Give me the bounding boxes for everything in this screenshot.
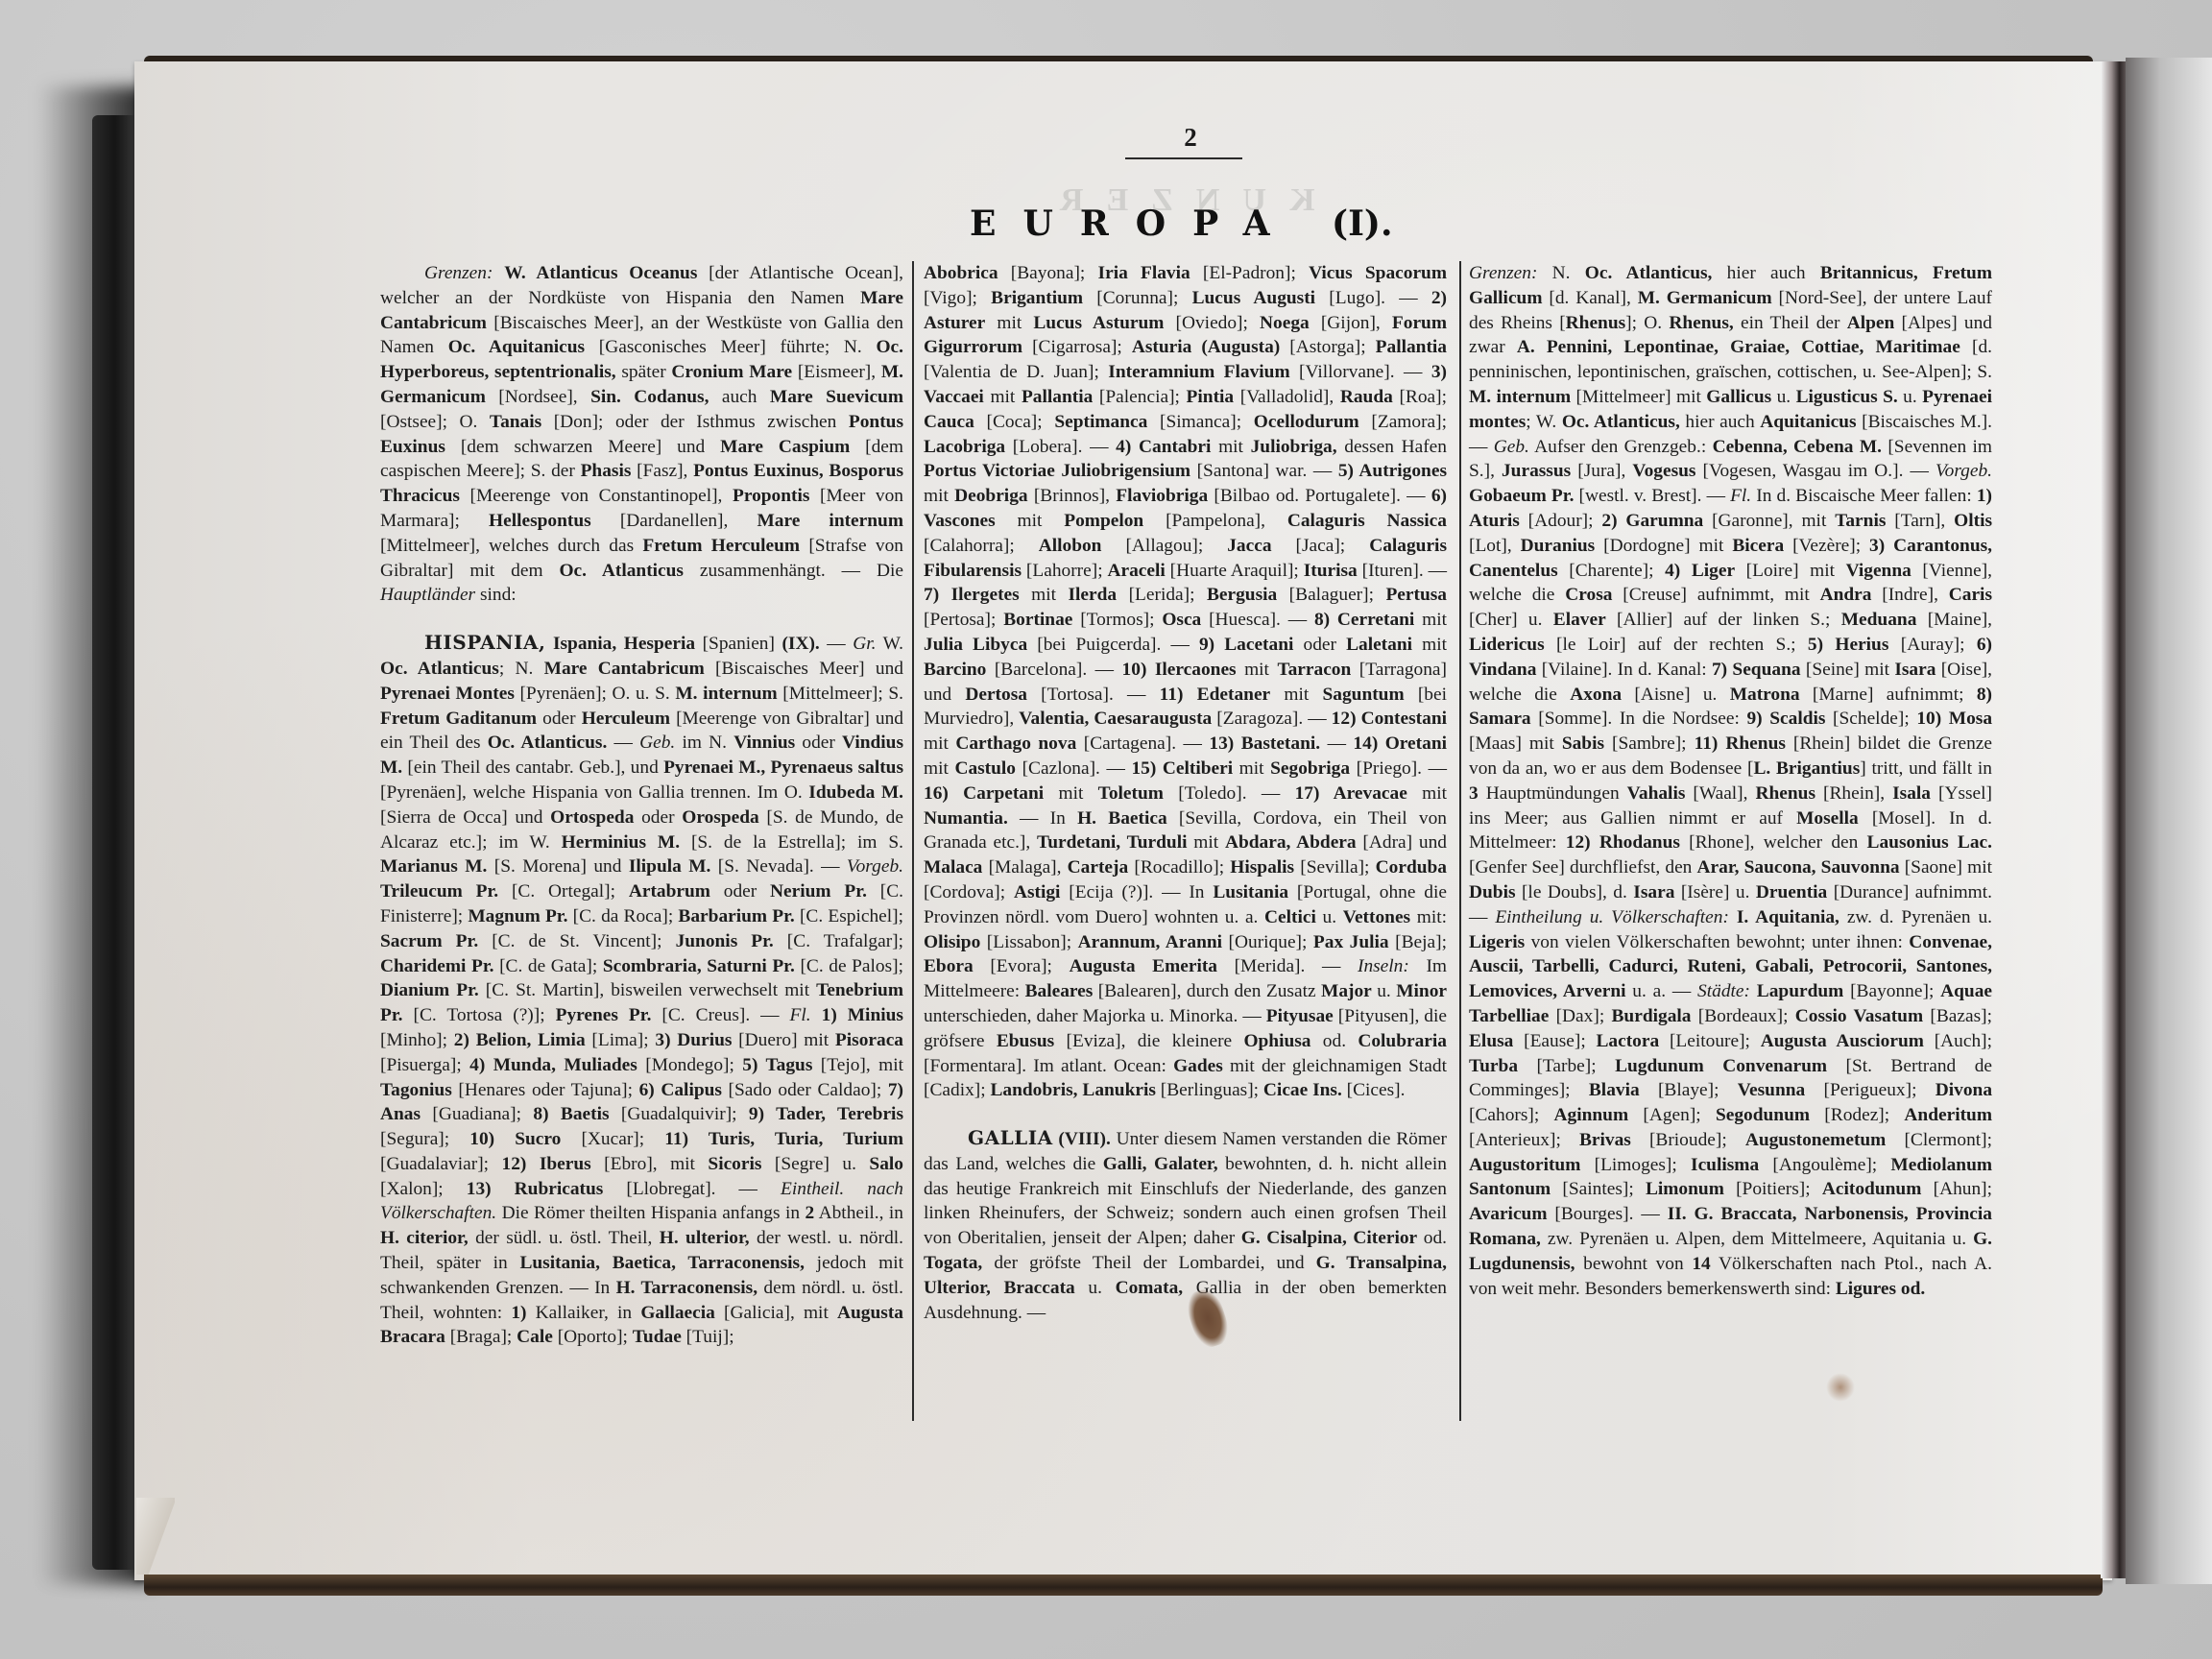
- text-run: Geb.: [639, 733, 675, 753]
- text-run: Burdigala: [1612, 1006, 1692, 1026]
- text-run: [Lot],: [1469, 536, 1521, 556]
- text-run: 11) Edetaner: [1160, 685, 1270, 705]
- text-run: Propontis: [733, 486, 809, 506]
- text-run: Aquitanicus: [1760, 412, 1856, 432]
- text-run: [Eismeer],: [792, 362, 881, 382]
- text-run: Vogesus: [1632, 461, 1695, 481]
- text-run: später: [616, 362, 672, 382]
- text-run: [Minho];: [380, 1030, 454, 1050]
- text-run: M. internum: [1469, 387, 1571, 407]
- text-run: [ein Theil des cantabr. Geb.], und: [402, 757, 663, 778]
- text-run: [Zamora];: [1359, 412, 1447, 432]
- text-run: Astigi: [1014, 882, 1060, 902]
- text-run: Scombraria, Saturni Pr.: [603, 956, 795, 976]
- text-run: M. internum: [675, 684, 777, 704]
- text-run: [Vogesen, Wasgau im O.]. —: [1695, 461, 1935, 481]
- text-run: Hauptmündungen: [1479, 783, 1627, 804]
- text-run: [Bazas];: [1923, 1006, 1992, 1026]
- text-run: Charidemi Pr.: [380, 956, 494, 976]
- text-run: Pisoraca: [835, 1030, 903, 1050]
- text-run: Abdara, Abdera: [1225, 832, 1357, 853]
- text-run: Axona: [1570, 685, 1622, 705]
- text-run: Grenzen:: [424, 263, 504, 283]
- text-run: mit: [1044, 783, 1097, 804]
- text-run: [Anterieux];: [1469, 1130, 1579, 1150]
- text-run: [Vezère];: [1784, 536, 1869, 556]
- text-run: Allobon: [1039, 536, 1102, 556]
- text-run: [Fasz],: [631, 461, 693, 481]
- text-run: [Aisne] u.: [1622, 685, 1730, 705]
- text-run: Vettones: [1343, 907, 1410, 927]
- text-run: [Evora];: [974, 956, 1070, 976]
- text-run: [Pertosa];: [924, 610, 1003, 630]
- text-run: Segobriga: [1270, 758, 1350, 779]
- text-run: Vigenna: [1846, 561, 1911, 581]
- text-run: zusammenhängt. — Die: [684, 561, 903, 581]
- text-run: H. citerior,: [380, 1228, 469, 1248]
- text-run: 16) Carpetani: [924, 783, 1044, 804]
- text-run: 13) Bastetani.: [1209, 733, 1320, 754]
- text-run: [Segre] u.: [761, 1154, 869, 1174]
- text-run: [Beja];: [1389, 932, 1447, 952]
- text-run: auch: [709, 387, 769, 407]
- text-run: Turdetani, Turduli: [1037, 832, 1187, 853]
- text-run: [Perigueux];: [1805, 1080, 1935, 1100]
- text-run: [Jura],: [1571, 461, 1632, 481]
- text-run: [Galicia], mit: [715, 1303, 837, 1323]
- text-run: —: [820, 634, 853, 654]
- text-run: Osca: [1162, 610, 1201, 630]
- text-run: [Cher] u.: [1469, 610, 1553, 630]
- text-run: Hauptländer: [380, 585, 475, 605]
- text-run: [Biscaisches Meer] und: [705, 659, 903, 679]
- text-run: [Toledo]. —: [1164, 783, 1295, 804]
- text-run: mit: [1414, 610, 1447, 630]
- text-run: Pyrenes Pr.: [556, 1005, 652, 1025]
- text-run: [Ebro], mit: [591, 1154, 709, 1174]
- text-run: Lusitania: [1213, 882, 1288, 902]
- text-run: [Lahorre];: [1022, 561, 1107, 581]
- text-run: Vorgeb.: [1935, 461, 1992, 481]
- text-run: Cronium Mare: [671, 362, 792, 382]
- text-run: Oltis: [1954, 511, 1992, 531]
- text-run: [Don]; oder der Isthmus zwischen: [541, 412, 849, 432]
- text-run: Isara: [1633, 882, 1674, 902]
- text-run: Pallantia: [1022, 387, 1093, 407]
- text-run: [Somme]. In die Nordsee:: [1531, 709, 1747, 729]
- section-heading: HISPANIA,: [424, 631, 545, 654]
- text-run: W. Atlanticus Oceanus: [504, 263, 697, 283]
- text-run: Sacrum Pr.: [380, 931, 478, 951]
- text-run: Andra: [1820, 585, 1872, 605]
- text-run: [Saone] mit: [1900, 857, 1992, 878]
- text-paragraph: Abobrica [Bayona]; Iria Flavia [El-Padro…: [924, 261, 1447, 1103]
- text-run: 14) Oretani: [1353, 733, 1447, 754]
- text-run: [Cigarrosa];: [1022, 337, 1132, 357]
- text-run: [Rocadillo];: [1128, 857, 1230, 878]
- text-run: Oc. Atlanticus.: [488, 733, 608, 753]
- text-run: Phasis: [581, 461, 632, 481]
- text-run: Gades: [1173, 1056, 1223, 1076]
- text-run: [Formentara]. Im atlant. Ocean:: [924, 1056, 1173, 1076]
- text-run: Jurassus: [1502, 461, 1571, 481]
- text-run: 4) Liger: [1665, 561, 1735, 581]
- text-run: In d. Biscaische Meer fallen:: [1751, 486, 1977, 506]
- text-run: oder: [710, 881, 770, 902]
- text-run: Aufser den Grenzgeb.:: [1529, 437, 1713, 457]
- text-run: od.: [1311, 1031, 1358, 1051]
- text-run: [Lobera]. —: [1005, 437, 1116, 457]
- text-run: Ebusus: [997, 1031, 1054, 1051]
- text-run: [Loire] mit: [1735, 561, 1846, 581]
- text-run: Deobriga: [954, 486, 1027, 506]
- text-run: Cossio Vasatum: [1795, 1006, 1923, 1026]
- text-run: [Auray];: [1888, 635, 1976, 655]
- text-run: Tagonius: [380, 1080, 452, 1100]
- text-run: Nerium Pr.: [770, 881, 867, 902]
- text-run: Gobaeum Pr.: [1469, 486, 1574, 506]
- text-run: Druentia: [1756, 882, 1827, 902]
- text-run: [Valentia de D. Juan];: [924, 362, 1108, 382]
- text-run: Malaca: [924, 857, 982, 878]
- text-run: Ligeris: [1469, 932, 1525, 952]
- text-run: Fl.: [1730, 486, 1751, 506]
- text-run: Pityusae: [1266, 1006, 1334, 1026]
- text-run: [C. de St. Vincent];: [478, 931, 675, 951]
- text-run: Vahalis: [1627, 783, 1686, 804]
- text-run: 13) Rubricatus: [467, 1179, 604, 1199]
- text-run: [Blaye];: [1640, 1080, 1738, 1100]
- text-run: Ilipula M.: [629, 856, 711, 877]
- text-run: [Corunna];: [1083, 288, 1192, 308]
- text-run: der gröfste Theil der Lombardei, und: [982, 1253, 1315, 1273]
- text-run: Vesunna: [1738, 1080, 1805, 1100]
- text-run: Alpen: [1847, 313, 1895, 333]
- text-run: [Gijon],: [1310, 313, 1392, 333]
- text-run: 9) Tader, Terebris: [749, 1104, 903, 1124]
- book-cover-edge: [92, 115, 138, 1570]
- text-run: Barcino: [924, 660, 986, 680]
- text-run: [Saintes];: [1551, 1179, 1646, 1199]
- text-run: [Eviza], die kleinere: [1054, 1031, 1243, 1051]
- text-run: Celtici: [1264, 907, 1316, 927]
- text-paragraph: Grenzen: N. Oc. Atlanticus, hier auch Br…: [1469, 261, 1992, 1301]
- text-run: [Brinnos],: [1028, 486, 1117, 506]
- text-run: Toletum: [1098, 783, 1164, 804]
- text-run: Bortinae: [1003, 610, 1072, 630]
- text-run: mit: [1270, 685, 1322, 705]
- text-run: L. Brigantius: [1753, 758, 1860, 779]
- text-run: Isala: [1892, 783, 1931, 804]
- text-run: Salo: [869, 1154, 903, 1174]
- text-run: [Adra] und: [1357, 832, 1447, 853]
- text-run: Cebenna, Cebena M.: [1713, 437, 1882, 457]
- foxing-spot: [1826, 1373, 1855, 1402]
- text-run: [Tarbe];: [1518, 1056, 1615, 1076]
- text-run: Olisipo: [924, 932, 980, 952]
- text-run: Saguntum: [1322, 685, 1404, 705]
- text-run: 2) Garumna: [1601, 511, 1703, 531]
- page-title-suffix: (I).: [1332, 204, 1392, 244]
- text-run: Carteja: [1068, 857, 1129, 878]
- text-paragraph: HISPANIA, Ispania, Hesperia [Spanien] (I…: [380, 631, 903, 1350]
- text-run: Laletani: [1346, 635, 1412, 655]
- text-run: M. Germanicum: [1638, 288, 1772, 308]
- text-run: [Leitoure];: [1659, 1031, 1761, 1051]
- text-run: [1750, 981, 1757, 1001]
- text-run: [Guadiana];: [421, 1104, 533, 1124]
- text-run: Lidericus: [1469, 635, 1545, 655]
- text-run: Lugdunum Convenarum: [1615, 1056, 1827, 1076]
- text-run: [le Loir] auf der rechten S.;: [1545, 635, 1808, 655]
- text-run: Arannum, Aranni: [1078, 932, 1222, 952]
- text-run: 8) Baetis: [533, 1104, 609, 1124]
- text-run: [Isère] u.: [1674, 882, 1756, 902]
- text-run: 3) Durius: [655, 1030, 732, 1050]
- text-run: Iria Flavia: [1098, 263, 1190, 283]
- text-run: Lapurdum: [1757, 981, 1844, 1001]
- text-run: Lausonius Lac.: [1867, 832, 1992, 853]
- text-run: Mosella: [1796, 808, 1859, 829]
- text-run: [Dordogne] mit: [1595, 536, 1732, 556]
- text-run: Oc. Atlanticus: [380, 659, 499, 679]
- text-run: u. a. —: [1626, 981, 1698, 1001]
- text-run: Togata,: [924, 1253, 982, 1273]
- text-run: mit: [1233, 758, 1270, 779]
- text-run: Fretum Gaditanum: [380, 709, 537, 729]
- text-run: [Pyrenäen]; O. u. S.: [515, 684, 676, 704]
- text-column-2: Abobrica [Bayona]; Iria Flavia [El-Padro…: [924, 261, 1447, 1325]
- text-run: Augusta Emerita: [1070, 956, 1217, 976]
- text-run: Ispania, Hesperia: [553, 634, 695, 654]
- text-run: [Simanca];: [1147, 412, 1253, 432]
- text-run: [Vigo];: [924, 288, 991, 308]
- text-run: Castulo: [954, 758, 1016, 779]
- text-run: Cicae Ins.: [1263, 1080, 1342, 1100]
- text-run: Julia Libyca: [924, 635, 1027, 655]
- text-run: Gallaecia: [640, 1303, 715, 1323]
- text-run: Mare Cantabricum: [544, 659, 705, 679]
- text-run: [Tarn],: [1886, 511, 1954, 531]
- text-run: [C. de Gata];: [494, 956, 603, 976]
- text-run: Noega: [1260, 313, 1310, 333]
- text-run: [Cazlona]. —: [1016, 758, 1131, 779]
- text-run: [Xucar];: [561, 1129, 664, 1149]
- text-run: [Roa];: [1393, 387, 1447, 407]
- text-run: Abtheil., in: [814, 1203, 903, 1223]
- text-run: [Malaga],: [982, 857, 1067, 878]
- text-run: Grenzen:: [1469, 263, 1537, 283]
- text-run: [Indre],: [1871, 585, 1948, 605]
- text-run: Pintia: [1187, 387, 1235, 407]
- text-run: [C. de Palos];: [795, 956, 903, 976]
- text-run: 12) Rhodanus: [1566, 832, 1680, 853]
- text-run: [Seine] mit: [1801, 660, 1895, 680]
- text-run: mit: [924, 758, 954, 779]
- text-run: Tarnis: [1835, 511, 1886, 531]
- text-run: Trileucum Pr.: [380, 881, 498, 902]
- section-gap: [380, 608, 903, 631]
- text-run: Carthago nova: [955, 733, 1076, 754]
- text-run: [Oporto];: [553, 1327, 633, 1347]
- page-title-text: EUROPA: [970, 204, 1297, 244]
- text-run: (IX).: [781, 634, 819, 654]
- text-run: mit: [1211, 437, 1250, 457]
- text-run: Flaviobriga: [1116, 486, 1208, 506]
- page-title: EUROPA (I).: [970, 204, 1431, 244]
- text-run: 7) Ilergetes: [924, 585, 1020, 605]
- text-run: [Coca];: [974, 412, 1055, 432]
- text-run: [Vilaine]. In d. Kanal:: [1536, 660, 1712, 680]
- text-run: [S. de la Estrella]; im S.: [680, 832, 903, 853]
- text-run: u.: [1898, 387, 1922, 407]
- text-run: u.: [1372, 981, 1396, 1001]
- text-run: H. ulterior,: [660, 1228, 750, 1248]
- text-run: Ortospeda: [550, 807, 634, 828]
- text-run: Septimanca: [1054, 412, 1147, 432]
- text-run: Fl.: [790, 1005, 811, 1025]
- text-run: [Bilbao od. Portugalete]. —: [1208, 486, 1431, 506]
- text-run: [Clermont];: [1886, 1130, 1992, 1150]
- text-run: mit: [1407, 783, 1447, 804]
- text-run: Pyrenaei Montes: [380, 684, 515, 704]
- text-run: Calaguris Nassica: [1287, 511, 1447, 531]
- text-run: [C. Creus]. —: [651, 1005, 789, 1025]
- text-run: [Pampelona],: [1143, 511, 1287, 531]
- text-run: [Angoulème];: [1759, 1155, 1890, 1175]
- text-run: mit: [984, 387, 1022, 407]
- section-gap: [924, 1103, 1447, 1126]
- text-run: [Tejo], mit: [812, 1055, 903, 1075]
- text-run: Avaricum: [1469, 1204, 1548, 1224]
- text-run: —: [607, 733, 639, 753]
- text-run: oder: [795, 733, 842, 753]
- text-column-3: Grenzen: N. Oc. Atlanticus, hier auch Br…: [1469, 261, 1992, 1301]
- facing-page-edge: [2126, 58, 2212, 1584]
- text-run: [le Doubs], d.: [1516, 882, 1634, 902]
- text-run: Portus Victoriae Juliobrigensium: [924, 461, 1190, 481]
- text-run: Pallantia: [1376, 337, 1447, 357]
- text-run: Elusa: [1469, 1031, 1513, 1051]
- text-run: ]; O.: [1625, 313, 1669, 333]
- text-run: [Cordova];: [924, 882, 1014, 902]
- text-run: [Bayonne];: [1843, 981, 1940, 1001]
- text-run: [Tormos];: [1072, 610, 1162, 630]
- text-run: 10) Sucro: [469, 1129, 561, 1149]
- text-run: [Valladolid],: [1234, 387, 1340, 407]
- text-run: Fretum Herculeum: [642, 536, 800, 556]
- text-run: Aginnum: [1554, 1105, 1629, 1125]
- text-run: Lucus Asturum: [1033, 313, 1164, 333]
- text-run: von vielen Völkerschaften bewohnt; unter…: [1525, 932, 1909, 952]
- text-run: [Xalon];: [380, 1179, 467, 1199]
- text-run: Oc. Aquitanicus: [448, 337, 585, 357]
- text-run: Ligures od.: [1836, 1279, 1925, 1299]
- text-run: Acitodunum: [1822, 1179, 1921, 1199]
- text-run: u.: [1316, 907, 1343, 927]
- text-run: [Nordsee],: [486, 387, 590, 407]
- text-run: [Ituren]. —: [1358, 561, 1447, 581]
- text-run: [Lugo]. —: [1315, 288, 1431, 308]
- text-run: [Cartagena]. —: [1076, 733, 1209, 754]
- text-run: der südl. u. östl. Theil,: [469, 1228, 660, 1248]
- text-run: N.: [1537, 263, 1584, 283]
- text-run: [Meerenge von Constantinopel],: [460, 486, 733, 506]
- text-run: Marianus M.: [380, 856, 487, 877]
- text-run: Crosa: [1565, 585, 1612, 605]
- text-run: Tarracon: [1277, 660, 1351, 680]
- text-run: Brigantium: [991, 288, 1083, 308]
- text-run: G. Cisalpina, Citerior: [1241, 1228, 1417, 1248]
- text-run: Augustonemetum: [1745, 1130, 1887, 1150]
- text-run: unterschieden, daher Majorka u. Minorka.…: [924, 1006, 1266, 1026]
- text-run: [Villorvane]. —: [1290, 362, 1431, 382]
- text-run: u.: [1771, 387, 1795, 407]
- text-run: Rhenus: [1566, 313, 1626, 333]
- text-run: [Barcelona]. —: [986, 660, 1121, 680]
- text-run: [Mondego];: [637, 1055, 742, 1075]
- text-run: [S. Morena] und: [487, 856, 629, 877]
- text-run: mit: [996, 511, 1065, 531]
- text-run: 12) Iberus: [502, 1154, 591, 1174]
- text-run: ein Theil der: [1734, 313, 1847, 333]
- text-run: Meduana: [1841, 610, 1917, 630]
- text-run: 10) Ilercaones: [1122, 660, 1237, 680]
- text-run: Landobris, Lanukris: [990, 1080, 1155, 1100]
- text-run: [Tuij];: [682, 1327, 734, 1347]
- text-run: [Jaca];: [1272, 536, 1370, 556]
- text-run: 4) Cantabri: [1116, 437, 1211, 457]
- text-run: Sabis: [1562, 733, 1604, 754]
- text-run: 14: [1692, 1254, 1710, 1274]
- text-run: 5) Tagus: [742, 1055, 812, 1075]
- text-run: [Priego]. —: [1350, 758, 1447, 779]
- text-run: [Sierra de Occa] und: [380, 807, 550, 828]
- text-run: ; N.: [499, 659, 544, 679]
- text-run: Ligusticus S.: [1796, 387, 1898, 407]
- text-run: ; W.: [1526, 412, 1562, 432]
- text-run: [Huesca]. —: [1201, 610, 1314, 630]
- book-cover-bottom-edge: [144, 1575, 2103, 1596]
- text-run: Gallicus: [1706, 387, 1771, 407]
- text-run: Sin. Codanus,: [590, 387, 709, 407]
- text-run: [C. St. Martin], bisweilen verwechselt m…: [479, 980, 816, 1000]
- text-run: 17) Arevacae: [1295, 783, 1407, 804]
- text-run: Comata,: [1116, 1278, 1184, 1298]
- text-run: [C. Tortosa (?)];: [403, 1005, 556, 1025]
- text-run: [Mittelmeer] mit: [1571, 387, 1706, 407]
- text-run: Bicera: [1732, 536, 1784, 556]
- text-run: [C. Ortegal];: [498, 881, 629, 902]
- text-run: [Marne] aufnimmt;: [1800, 685, 1977, 705]
- text-run: mit: [1188, 832, 1225, 853]
- text-run: H. Baetica: [1077, 808, 1167, 829]
- text-run: [Guadalaviar];: [380, 1154, 502, 1174]
- text-run: [Dax];: [1549, 1006, 1611, 1026]
- text-run: Augusta Ausciorum: [1761, 1031, 1924, 1051]
- text-run: 8) Cerretani: [1314, 610, 1414, 630]
- text-run: 7) Sequana: [1712, 660, 1801, 680]
- text-run: [bei Puigcerda]. —: [1027, 635, 1199, 655]
- text-run: Pax Julia: [1313, 932, 1389, 952]
- text-run: mit: [924, 486, 954, 506]
- text-run: Isara: [1894, 660, 1935, 680]
- text-run: [545, 634, 553, 654]
- text-run: Turba: [1469, 1056, 1518, 1076]
- text-run: [El-Padron];: [1190, 263, 1309, 283]
- text-run: Ocellodurum: [1254, 412, 1359, 432]
- text-run: Cale: [517, 1327, 553, 1347]
